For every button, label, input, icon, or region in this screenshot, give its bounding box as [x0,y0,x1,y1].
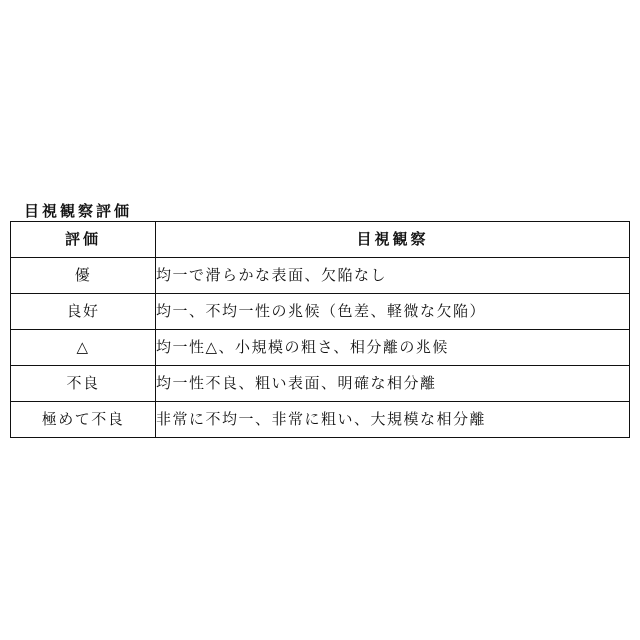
observation-column-header: 目視観察 [156,222,630,258]
table-row: 極めて不良 非常に不均一、非常に粗い、大規模な相分離 [11,402,630,438]
rating-cell: 極めて不良 [11,402,156,438]
page-title: 目視観察評価 [24,200,132,221]
observation-cell: 均一性不良、粗い表面、明確な相分離 [156,366,630,402]
table-row: △ 均一性△、小規模の粗さ、相分離の兆候 [11,330,630,366]
observation-cell: 均一で滑らかな表面、欠陥なし [156,258,630,294]
table-row: 良好 均一、不均一性の兆候（色差、軽微な欠陥） [11,294,630,330]
rating-cell: 良好 [11,294,156,330]
observation-cell: 均一、不均一性の兆候（色差、軽微な欠陥） [156,294,630,330]
observation-cell: 非常に不均一、非常に粗い、大規模な相分離 [156,402,630,438]
evaluation-table: 評価 目視観察 優 均一で滑らかな表面、欠陥なし 良好 均一、不均一性の兆候（色… [10,221,630,438]
rating-column-header: 評価 [11,222,156,258]
rating-cell: 優 [11,258,156,294]
rating-cell: △ [11,330,156,366]
table-row: 優 均一で滑らかな表面、欠陥なし [11,258,630,294]
observation-cell: 均一性△、小規模の粗さ、相分離の兆候 [156,330,630,366]
evaluation-table-grid: 評価 目視観察 優 均一で滑らかな表面、欠陥なし 良好 均一、不均一性の兆候（色… [10,221,630,438]
table-row: 不良 均一性不良、粗い表面、明確な相分離 [11,366,630,402]
table-header-row: 評価 目視観察 [11,222,630,258]
rating-cell: 不良 [11,366,156,402]
